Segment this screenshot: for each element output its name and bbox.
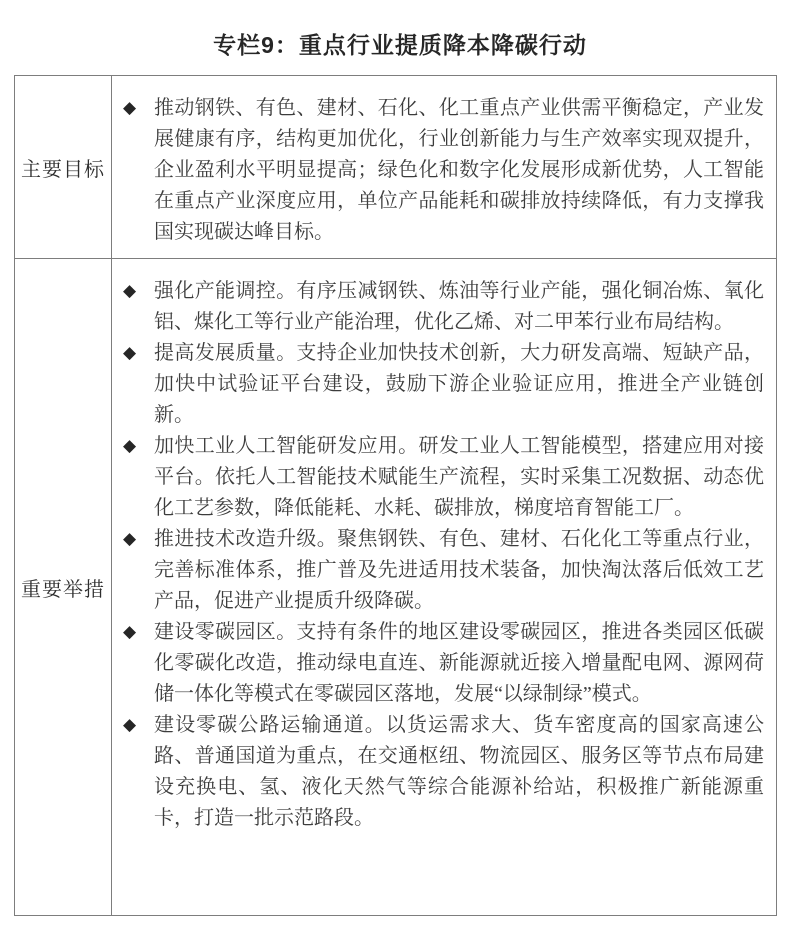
diamond-bullet-icon: ◆ bbox=[123, 616, 136, 647]
page-title: 专栏9：重点行业提质降本降碳行动 bbox=[0, 0, 800, 60]
list-item-text: 加快工业人工智能研发应用。研发工业人工智能模型，搭建应用对接平台。依托人工智能技… bbox=[154, 435, 764, 519]
diamond-bullet-icon: ◆ bbox=[123, 709, 136, 740]
list-item-text: 建设零碳园区。支持有条件的地区建设零碳园区，推进各类园区低碳化零碳化改造，推动绿… bbox=[154, 621, 764, 705]
list-item-text: 推动钢铁、有色、建材、石化、化工重点产业供需平衡稳定，产业发展健康有序，结构更加… bbox=[154, 97, 764, 243]
diamond-bullet-icon: ◆ bbox=[123, 523, 136, 554]
list-item: ◆提高发展质量。支持企业加快技术创新，大力研发高端、短缺产品，加快中试验证平台建… bbox=[112, 338, 764, 431]
list-item: ◆建设零碳园区。支持有条件的地区建设零碳园区，推进各类园区低碳化零碳化改造，推动… bbox=[112, 617, 764, 710]
row-label-main-goals: 主要目标 bbox=[15, 76, 112, 259]
diamond-bullet-icon: ◆ bbox=[123, 337, 136, 368]
document-page: 专栏9：重点行业提质降本降碳行动 主要目标 ◆推动钢铁、有色、建材、石化、化工重… bbox=[0, 0, 800, 931]
list-item-text: 提高发展质量。支持企业加快技术创新，大力研发高端、短缺产品，加快中试验证平台建设… bbox=[154, 342, 764, 426]
diamond-bullet-icon: ◆ bbox=[123, 275, 136, 306]
info-table: 主要目标 ◆推动钢铁、有色、建材、石化、化工重点产业供需平衡稳定，产业发展健康有… bbox=[14, 75, 777, 916]
list-item-text: 强化产能调控。有序压减钢铁、炼油等行业产能，强化铜冶炼、氧化铝、煤化工等行业产能… bbox=[154, 280, 764, 333]
table-row-main-goals: 主要目标 ◆推动钢铁、有色、建材、石化、化工重点产业供需平衡稳定，产业发展健康有… bbox=[15, 76, 777, 259]
table-row-key-measures: 重要举措 ◆强化产能调控。有序压减钢铁、炼油等行业产能，强化铜冶炼、氧化铝、煤化… bbox=[15, 259, 777, 916]
diamond-bullet-icon: ◆ bbox=[123, 430, 136, 461]
list-item: ◆强化产能调控。有序压减钢铁、炼油等行业产能，强化铜冶炼、氧化铝、煤化工等行业产… bbox=[112, 276, 764, 338]
main-goals-content-cell: ◆推动钢铁、有色、建材、石化、化工重点产业供需平衡稳定，产业发展健康有序，结构更… bbox=[112, 76, 777, 259]
bullet-list-key-measures: ◆强化产能调控。有序压减钢铁、炼油等行业产能，强化铜冶炼、氧化铝、煤化工等行业产… bbox=[112, 276, 764, 834]
list-item: ◆加快工业人工智能研发应用。研发工业人工智能模型，搭建应用对接平台。依托人工智能… bbox=[112, 431, 764, 524]
key-measures-content-cell: ◆强化产能调控。有序压减钢铁、炼油等行业产能，强化铜冶炼、氧化铝、煤化工等行业产… bbox=[112, 259, 777, 916]
list-item: ◆推动钢铁、有色、建材、石化、化工重点产业供需平衡稳定，产业发展健康有序，结构更… bbox=[112, 93, 764, 248]
list-item: ◆建设零碳公路运输通道。以货运需求大、货车密度高的国家高速公路、普通国道为重点，… bbox=[112, 710, 764, 834]
list-item-text: 建设零碳公路运输通道。以货运需求大、货车密度高的国家高速公路、普通国道为重点，在… bbox=[154, 714, 764, 829]
bullet-list-main-goals: ◆推动钢铁、有色、建材、石化、化工重点产业供需平衡稳定，产业发展健康有序，结构更… bbox=[112, 93, 764, 248]
row-label-key-measures: 重要举措 bbox=[15, 259, 112, 916]
list-item-text: 推进技术改造升级。聚焦钢铁、有色、建材、石化化工等重点行业，完善标准体系，推广普… bbox=[154, 528, 764, 612]
diamond-bullet-icon: ◆ bbox=[123, 92, 136, 123]
list-item: ◆推进技术改造升级。聚焦钢铁、有色、建材、石化化工等重点行业，完善标准体系，推广… bbox=[112, 524, 764, 617]
